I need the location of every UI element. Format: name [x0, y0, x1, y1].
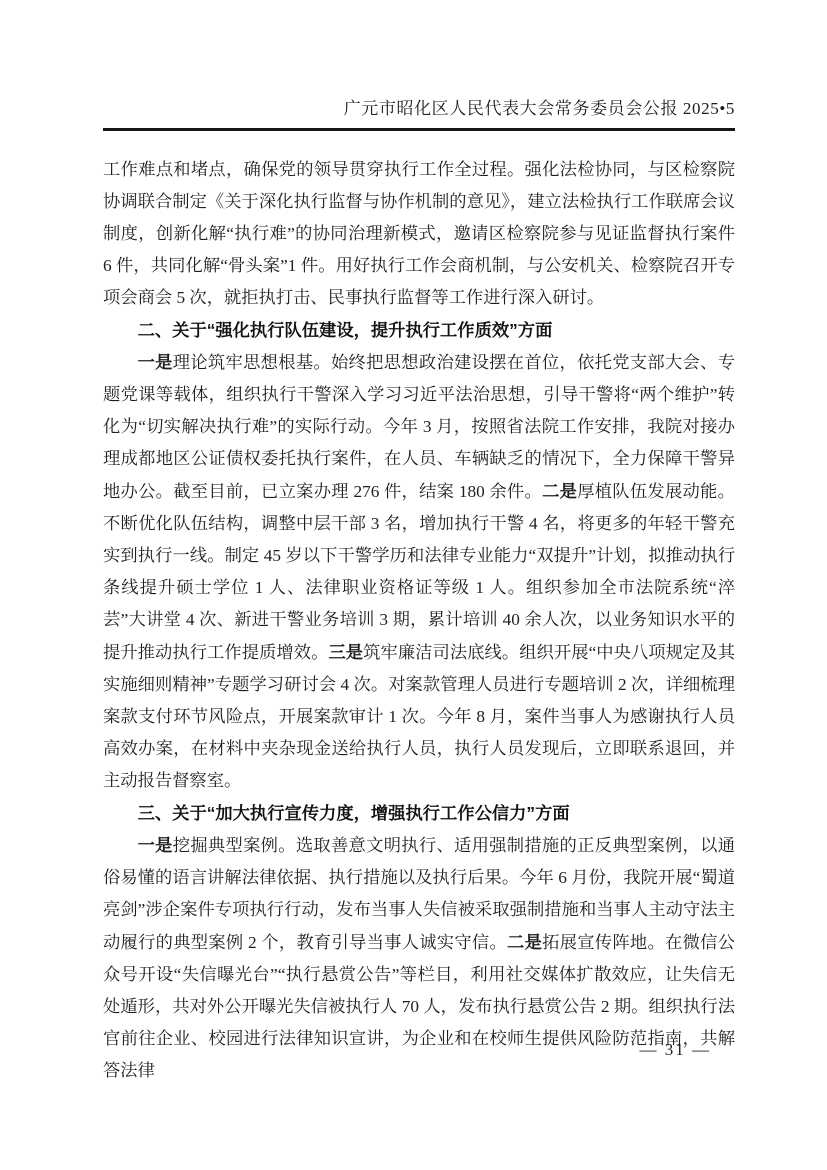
- section-heading-3: 三、关于“加大执行宣传力度，增强执行工作公信力”方面: [103, 797, 735, 829]
- item-marker-2: 二是: [507, 932, 542, 952]
- item-marker-2: 二是: [542, 481, 577, 501]
- header-rule: [103, 128, 735, 131]
- item-marker-1: 一是: [138, 835, 173, 855]
- paragraph-text: 筑牢廉洁司法底线。组织开展“中央八项规定及其实施细则精神”专题学习研讨会 4 次…: [103, 643, 735, 790]
- paragraph-section-2: 一是理论筑牢思想根基。始终把思想政治建设摆在首位，依托党支部大会、专题党课等载体…: [103, 346, 735, 797]
- item-marker-3: 三是: [328, 642, 363, 662]
- document-page: 广元市昭化区人民代表大会常务委员会公报 2025•5 工作难点和堵点，确保党的领…: [0, 0, 827, 1170]
- paragraph-text: 理论筑牢思想根基。始终把思想政治建设摆在首位，依托党支部大会、专题党课等载体，组…: [103, 353, 735, 501]
- item-marker-1: 一是: [138, 352, 173, 372]
- paragraph-text: 厚植队伍发展动能。不断优化队伍结构，调整中层干部 3 名，增加执行干警 4 名，…: [103, 482, 735, 662]
- page-number: — 31 —: [103, 1040, 735, 1060]
- document-body: 工作难点和堵点，确保党的领导贯穿执行工作全过程。强化法检协同，与区检察院协调联合…: [103, 154, 735, 1087]
- publication-header-title: 广元市昭化区人民代表大会常务委员会公报 2025•5: [103, 94, 735, 128]
- paragraph-text: 工作难点和堵点，确保党的领导贯穿执行工作全过程。强化法检协同，与区检察院协调联合…: [103, 160, 735, 307]
- paragraph-continuation: 工作难点和堵点，确保党的领导贯穿执行工作全过程。强化法检协同，与区检察院协调联合…: [103, 154, 735, 314]
- section-heading-2: 二、关于“强化执行队伍建设，提升执行工作质效”方面: [103, 314, 735, 346]
- page-content: 广元市昭化区人民代表大会常务委员会公报 2025•5 工作难点和堵点，确保党的领…: [103, 94, 735, 1087]
